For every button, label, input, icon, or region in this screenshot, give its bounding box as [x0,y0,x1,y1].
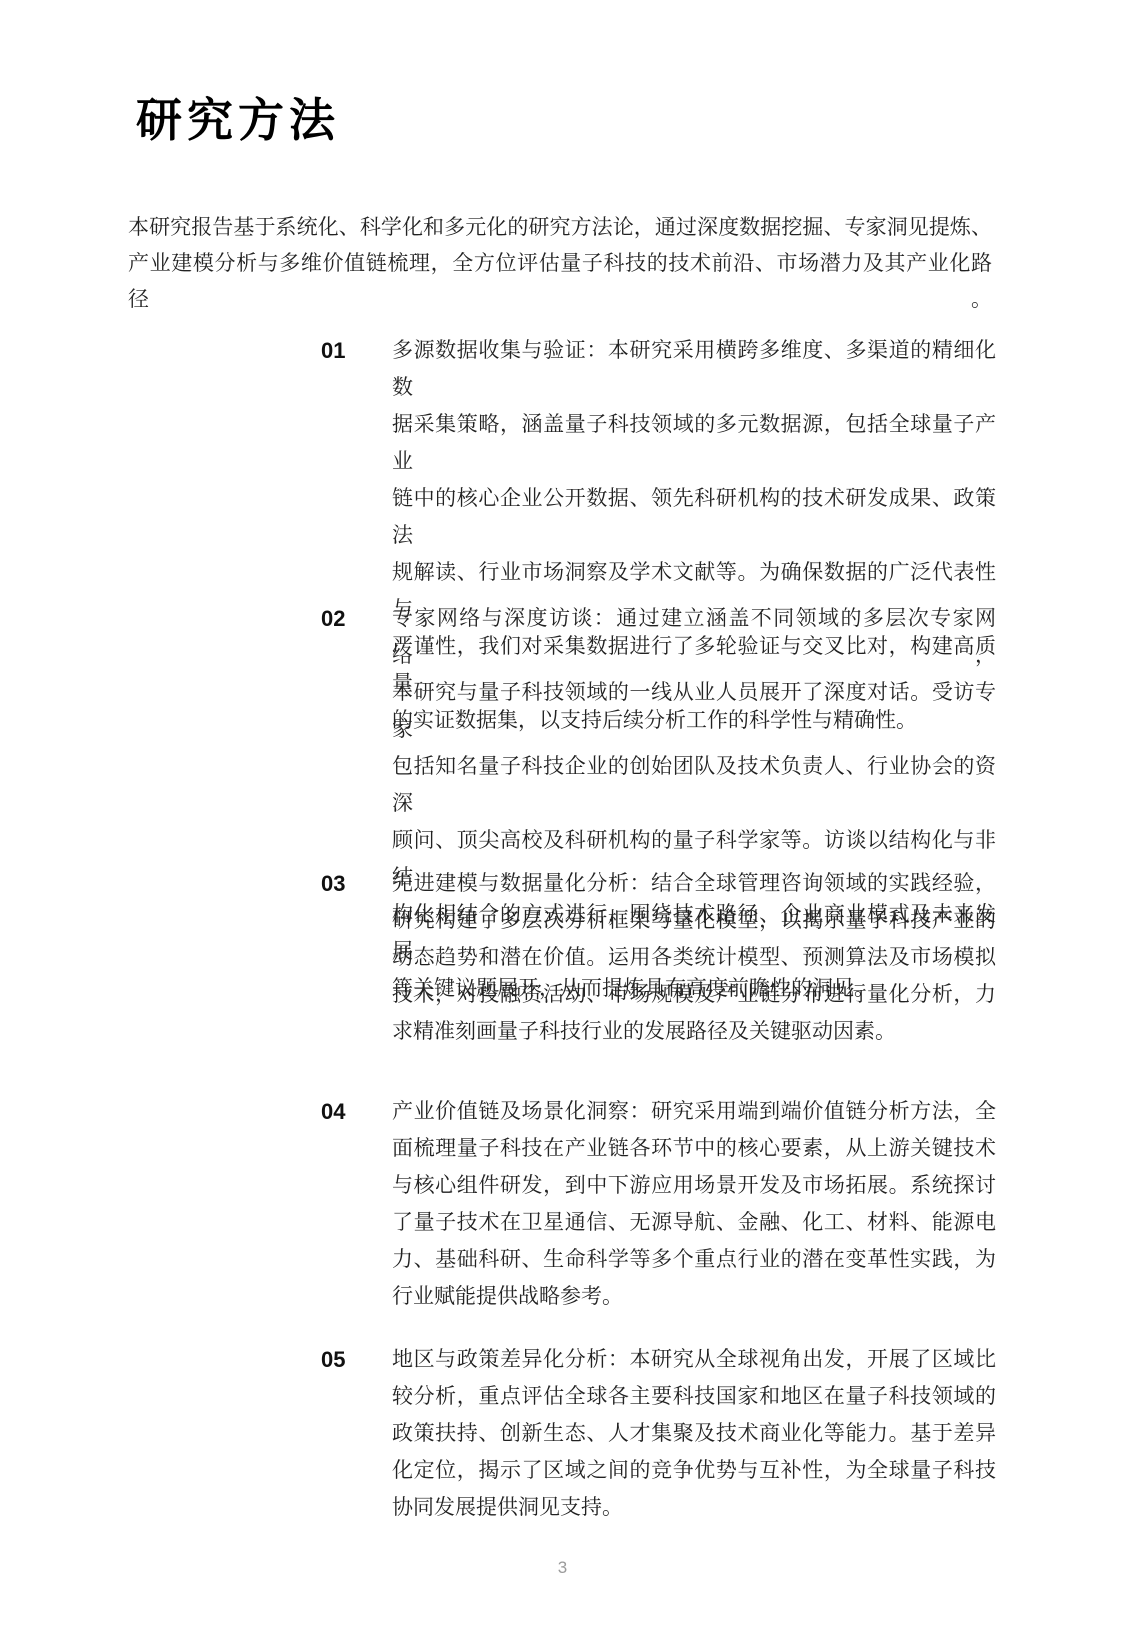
item-number: 04 [321,1093,371,1130]
item-text-line: 专家网络与深度访谈：通过建立涵盖不同领域的多层次专家网络， [392,600,996,674]
item-text-line: 本研究与量子科技领域的一线从业人员展开了深度对话。受访专家 [392,674,996,748]
item-text-line: 地区与政策差异化分析：本研究从全球视角出发，开展了区域比 [392,1341,996,1378]
item-text-line: 化定位，揭示了区域之间的竞争优势与互补性，为全球量子科技 [392,1452,996,1489]
item-text-line: 面梳理量子科技在产业链各环节中的核心要素，从上游关键技术 [392,1130,996,1167]
item-text-line: 行业赋能提供战略参考。 [392,1278,996,1315]
item-text-line: 与核心组件研发，到中下游应用场景开发及市场拓展。系统探讨 [392,1167,996,1204]
item-text-line: 力、基础科研、生命科学等多个重点行业的潜在变革性实践，为 [392,1241,996,1278]
item-text-line: 多源数据收集与验证：本研究采用横跨多维度、多渠道的精细化数 [392,332,996,406]
item-text-line: 动态趋势和潜在价值。运用各类统计模型、预测算法及市场模拟 [392,939,996,976]
item-text-line: 技术，对投融资活动、市场规模及产业链分布进行量化分析，力 [392,976,996,1013]
item-text-line: 产业价值链及场景化洞察：研究采用端到端价值链分析方法，全 [392,1093,996,1130]
item-paragraph: 地区与政策差异化分析：本研究从全球视角出发，开展了区域比较分析，重点评估全球各主… [392,1341,996,1526]
item-text-line: 据采集策略，涵盖量子科技领域的多元数据源，包括全球量子产业 [392,406,996,480]
item-text-line: 先进建模与数据量化分析：结合全球管理咨询领域的实践经验， [392,865,996,902]
document-page: 研究方法 本研究报告基于系统化、科学化和多元化的研究方法论，通过深度数据挖掘、专… [0,0,1125,1625]
item-text-line: 了量子技术在卫星通信、无源导航、金融、化工、材料、能源电 [392,1204,996,1241]
intro-paragraph: 本研究报告基于系统化、科学化和多元化的研究方法论，通过深度数据挖掘、专家洞见提炼… [128,210,992,318]
item-text-line: 协同发展提供洞见支持。 [392,1489,996,1526]
item-text-line: 求精准刻画量子科技行业的发展路径及关键驱动因素。 [392,1013,996,1050]
item-paragraph: 先进建模与数据量化分析：结合全球管理咨询领域的实践经验，研究构建了多层次分析框架… [392,865,996,1050]
page-number: 3 [0,1556,1125,1580]
item-text-line: 包括知名量子科技企业的创始团队及技术负责人、行业协会的资深 [392,748,996,822]
intro-line: 本研究报告基于系统化、科学化和多元化的研究方法论，通过深度数据挖掘、专家洞见提炼… [128,210,992,246]
item-number: 03 [321,865,371,902]
item-paragraph: 产业价值链及场景化洞察：研究采用端到端价值链分析方法，全面梳理量子科技在产业链各… [392,1093,996,1315]
item-number: 02 [321,600,371,637]
item-text-line: 链中的核心企业公开数据、领先科研机构的技术研发成果、政策法 [392,480,996,554]
item-text-line: 较分析，重点评估全球各主要科技国家和地区在量子科技领域的 [392,1378,996,1415]
item-text-line: 政策扶持、创新生态、人才集聚及技术商业化等能力。基于差异 [392,1415,996,1452]
item-text-line: 研究构建了多层次分析框架与量化模型，以揭示量子科技产业的 [392,902,996,939]
intro-line: 产业建模分析与多维价值链梳理，全方位评估量子科技的技术前沿、市场潜力及其产业化路… [128,246,992,318]
page-title: 研究方法 [136,92,340,148]
item-number: 05 [321,1341,371,1378]
item-number: 01 [321,332,371,369]
